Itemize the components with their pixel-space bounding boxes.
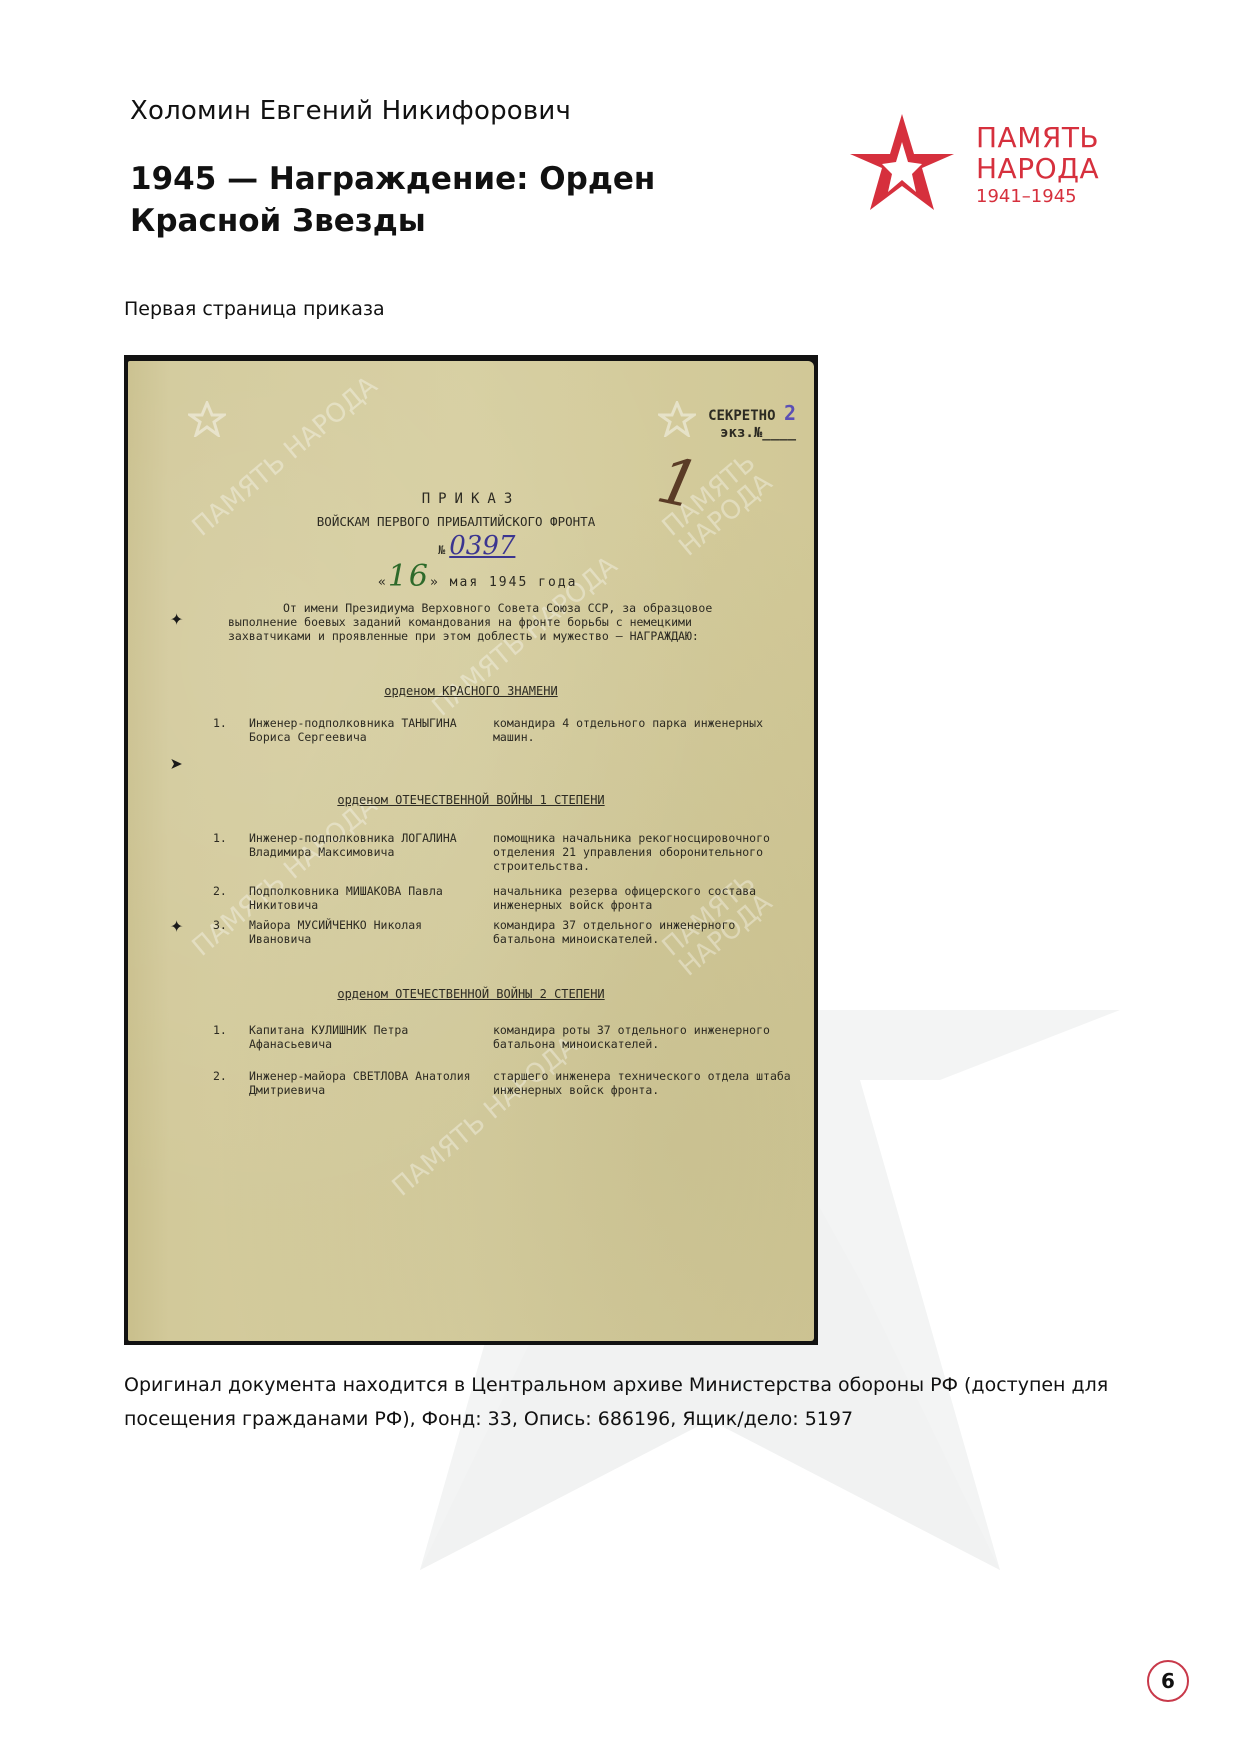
watermark-text: ПАМЯТЬ НАРОДА <box>388 1032 582 1201</box>
award-section-heading: орденом ОТЕЧЕСТВЕННОЙ ВОЙНЫ 1 СТЕПЕНИ <box>128 793 814 807</box>
watermark-star-icon <box>188 401 226 437</box>
order-preamble: От имени Президиума Верховного Совета Со… <box>228 601 758 643</box>
order-number: №0397 <box>438 531 515 561</box>
pin-hole-icon: ➤ <box>170 753 183 778</box>
copy-label: экз.№____ <box>720 425 796 441</box>
order-document-page: ПАМЯТЬ НАРОДА ПАМЯТЬ НАРОДА ПАМЯТЬ НАРОД… <box>128 361 814 1341</box>
archive-source-note: Оригинал документа находится в Центральн… <box>124 1368 1124 1436</box>
order-subtitle: ВОЙСКАМ ПЕРВОГО ПРИБАЛТИЙСКОГО ФРОНТА <box>128 514 814 529</box>
document-scan-image: ПАМЯТЬ НАРОДА ПАМЯТЬ НАРОДА ПАМЯТЬ НАРОД… <box>124 355 818 1345</box>
logo-years: 1941–1945 <box>976 184 1099 210</box>
award-title: 1945 — Награждение: Орден Красной Звезды <box>130 158 750 242</box>
secret-label: СЕКРЕТНО <box>708 408 775 424</box>
person-name: Холомин Евгений Никифорович <box>130 96 571 126</box>
logo-title-line1: ПАМЯТЬ <box>976 122 1099 153</box>
logo-title-line2: НАРОДА <box>976 153 1099 184</box>
red-star-icon <box>850 114 954 214</box>
order-date: «16» мая 1945 года <box>378 559 577 594</box>
secret-mark: 2 <box>784 401 796 425</box>
award-entry: 3. Майора МУСИЙЧЕНКО Николая Ивановича к… <box>213 918 793 946</box>
order-number-value: 0397 <box>449 531 515 561</box>
order-date-day: 16 <box>388 559 430 594</box>
pin-hole-icon: ✦ <box>170 606 183 631</box>
award-entry: 2. Инженер-майора СВЕТЛОВА Анатолия Дмит… <box>213 1069 793 1097</box>
award-section-heading: орденом КРАСНОГО ЗНАМЕНИ <box>128 684 814 698</box>
pin-hole-icon: ✦ <box>170 913 183 938</box>
award-entry: 1. Капитана КУЛИШНИК Петра Афанасьевича … <box>213 1023 793 1051</box>
award-section-heading: орденом ОТЕЧЕСТВЕННОЙ ВОЙНЫ 2 СТЕПЕНИ <box>128 987 814 1001</box>
award-entry: 2. Подполковника МИШАКОВА Павла Никитови… <box>213 884 793 912</box>
watermark-star-icon <box>658 401 696 437</box>
award-entry: 1. Инженер-подполковника ЛОГАЛИНА Владим… <box>213 831 793 873</box>
pamyat-naroda-logo: ПАМЯТЬ НАРОДА 1941–1945 <box>850 110 1130 220</box>
order-title: ПРИКАЗ <box>128 491 814 507</box>
secret-stamp: СЕКРЕТНО 2 экз.№____ <box>708 405 796 442</box>
image-caption: Первая страница приказа <box>124 298 385 320</box>
order-date-rest: мая 1945 года <box>450 575 578 590</box>
award-entry: 1. Инженер-подполковника ТАНЫГИНА Бориса… <box>213 716 793 744</box>
page-number: 6 <box>1147 1660 1189 1702</box>
